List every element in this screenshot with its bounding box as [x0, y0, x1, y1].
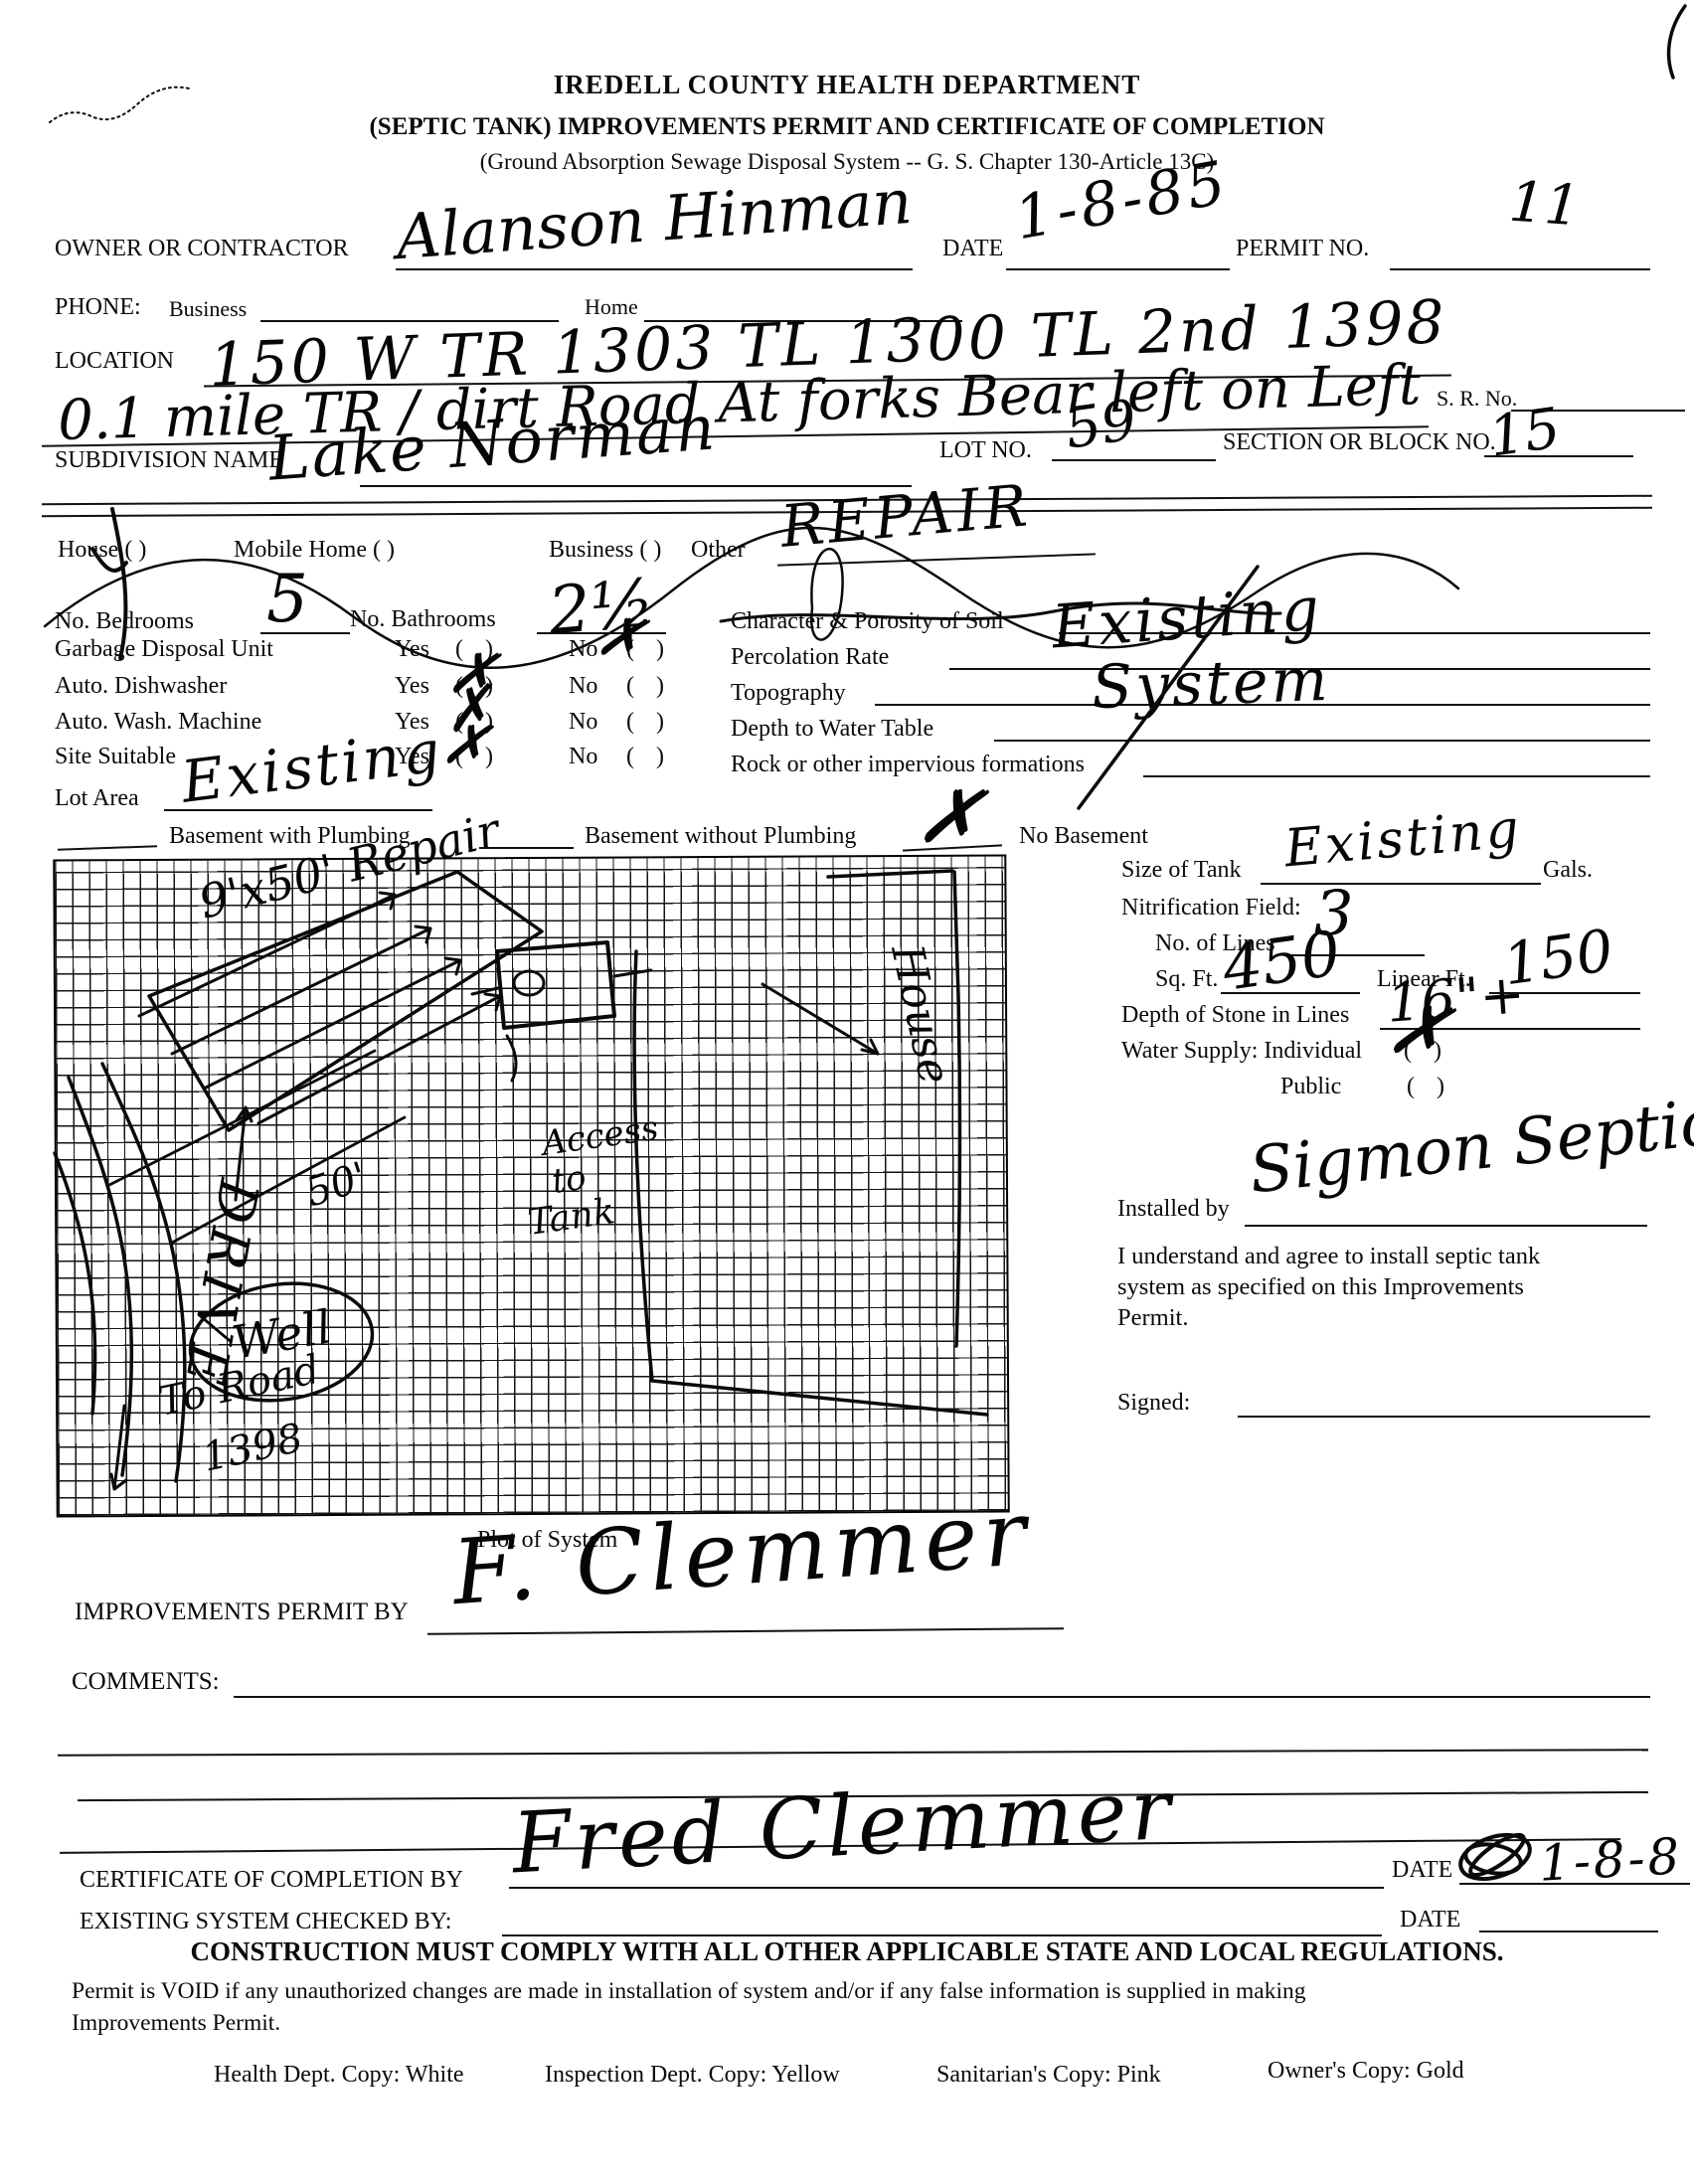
no-basement-label: No Basement [1019, 823, 1148, 850]
depth-of-stone-label: Depth of Stone in Lines [1121, 1002, 1349, 1029]
gals-label: Gals. [1543, 857, 1593, 884]
subdivision-label: SUBDIVISION NAME [55, 447, 283, 474]
owner-label: OWNER OR CONTRACTOR [55, 236, 349, 262]
signed-label: Signed: [1117, 1390, 1190, 1417]
road-arrow [111, 1406, 126, 1489]
diagonal-stroke [1079, 567, 1258, 808]
date-line [1006, 268, 1230, 270]
date-label: DATE [942, 236, 1003, 262]
public-label: Public [1280, 1074, 1341, 1100]
bedrooms-value: 5 [266, 567, 308, 632]
size-of-tank-label: Size of Tank [1121, 857, 1242, 884]
permit-no-label: PERMIT NO. [1236, 236, 1369, 262]
bathrooms-label: No. Bathrooms [350, 606, 496, 633]
no-parens: ( ) [626, 744, 672, 770]
page-subtitle: (SEPTIC TANK) IMPROVEMENTS PERMIT AND CE… [0, 113, 1694, 141]
lot-area-label: Lot Area [55, 785, 139, 812]
certificate-signature: Fred Clemmer [510, 1767, 1176, 1886]
void-note-line1: Permit is VOID if any unauthorized chang… [72, 1978, 1306, 2005]
house-outline [634, 871, 987, 1415]
house-arrow [762, 984, 878, 1054]
sqft-label: Sq. Ft. [1155, 966, 1218, 993]
permit-by-label: IMPROVEMENTS PERMIT BY [75, 1598, 409, 1626]
signed-line [1238, 1416, 1650, 1418]
size-of-tank-line [1261, 883, 1541, 885]
agreement-line1: I understand and agree to install septic… [1117, 1243, 1540, 1270]
utility-label-washer: Auto. Wash. Machine [55, 709, 261, 736]
section-label: SECTION OR BLOCK NO. [1223, 429, 1496, 456]
installed-by-label: Installed by [1117, 1196, 1230, 1223]
permit-no-line [1390, 268, 1650, 270]
certificate-label: CERTIFICATE OF COMPLETION BY [80, 1867, 463, 1894]
subdivision-line [360, 485, 912, 487]
compliance-note: CONSTRUCTION MUST COMPLY WITH ALL OTHER … [0, 1936, 1694, 1967]
no-label: No [569, 673, 597, 700]
location-label: LOCATION [55, 348, 174, 375]
copy-owner: Owner's Copy: Gold [1268, 2058, 1464, 2085]
copy-inspection: Inspection Dept. Copy: Yellow [545, 2062, 840, 2089]
sqft-value: 450 [1219, 923, 1344, 1000]
comments-label: COMMENTS: [72, 1668, 220, 1696]
certificate-sig-line [509, 1887, 1384, 1889]
permit-by-line [427, 1627, 1064, 1635]
agreement-line2: system as specified on this Improvements [1117, 1273, 1524, 1301]
soil-strike-scribble [696, 552, 1690, 820]
road-note-2: 1398 [199, 1416, 307, 1481]
water-supply-label: Water Supply: Individual [1121, 1038, 1362, 1065]
access-note-3: Tank [526, 1191, 618, 1244]
yes-label: Yes [395, 673, 429, 700]
copy-health: Health Dept. Copy: White [214, 2062, 464, 2089]
no-label: No [569, 709, 597, 736]
water-supply-mark: ✗ [1382, 989, 1455, 1073]
certificate-date-value: 1-8-8 [1538, 1831, 1684, 1888]
character-strike [721, 603, 1280, 621]
plot-sketch: 9'x50' Repair Access to Tank House DRIVE… [55, 857, 1004, 1511]
lot-no-label: LOT NO. [939, 437, 1032, 464]
house-note: House [881, 939, 960, 1089]
owner-value: Alanson Hinman [394, 171, 914, 268]
phone-business-label: Business [169, 296, 247, 322]
no-label: No [569, 744, 597, 770]
no-basement-mark: ✗ [913, 774, 987, 861]
existing-checked-label: EXISTING SYSTEM CHECKED BY: [80, 1909, 451, 1935]
page-title: IREDELL COUNTY HEALTH DEPARTMENT [0, 70, 1694, 100]
lot-no-value: 59 [1062, 393, 1139, 457]
repair-note: 9'x50' Repair [194, 802, 508, 929]
owner-line [396, 268, 913, 270]
fifty-note: 50' [300, 1154, 373, 1217]
void-note-line2: Improvements Permit. [72, 2010, 280, 2037]
garbage-no-mark: ✗ [592, 604, 649, 670]
permit-no-value: 11 [1507, 175, 1582, 236]
installed-by-line [1245, 1225, 1647, 1227]
nitrification-label: Nitrification Field: [1121, 895, 1301, 922]
bedrooms-label: No. Bedrooms [55, 608, 194, 635]
copy-sanitarian: Sanitarian's Copy: Pink [936, 2062, 1161, 2089]
access-note-1: Access [537, 1108, 661, 1164]
basement-without-label: Basement without Plumbing [585, 823, 856, 850]
site-yes-mark: ✗ [438, 714, 492, 776]
phone-label: PHONE: [55, 294, 141, 321]
existing-checked-date-line [1479, 1931, 1658, 1932]
utility-label-dishwasher: Auto. Dishwasher [55, 673, 227, 700]
utility-label-site: Site Suitable [55, 744, 176, 770]
comments-line-1 [234, 1696, 1650, 1698]
basement-with-line [58, 845, 157, 850]
section-value: 15 [1485, 401, 1563, 465]
no-parens: ( ) [626, 673, 672, 700]
scanned-permit-form: IREDELL COUNTY HEALTH DEPARTMENT (SEPTIC… [0, 0, 1694, 2184]
installed-by-value: Sigmon Septic [1247, 1092, 1694, 1204]
tank-loop [514, 971, 544, 995]
date-scribble-blob [1453, 1827, 1538, 1887]
public-parens: ( ) [1407, 1074, 1452, 1100]
existing-checked-date-label: DATE [1400, 1907, 1460, 1933]
agreement-line3: Permit. [1117, 1304, 1188, 1332]
no-parens: ( ) [626, 709, 672, 736]
comments-line-2 [58, 1749, 1648, 1757]
utility-label-garbage: Garbage Disposal Unit [55, 636, 273, 663]
certificate-date-label: DATE [1392, 1857, 1452, 1884]
yes-label: Yes [395, 636, 429, 663]
